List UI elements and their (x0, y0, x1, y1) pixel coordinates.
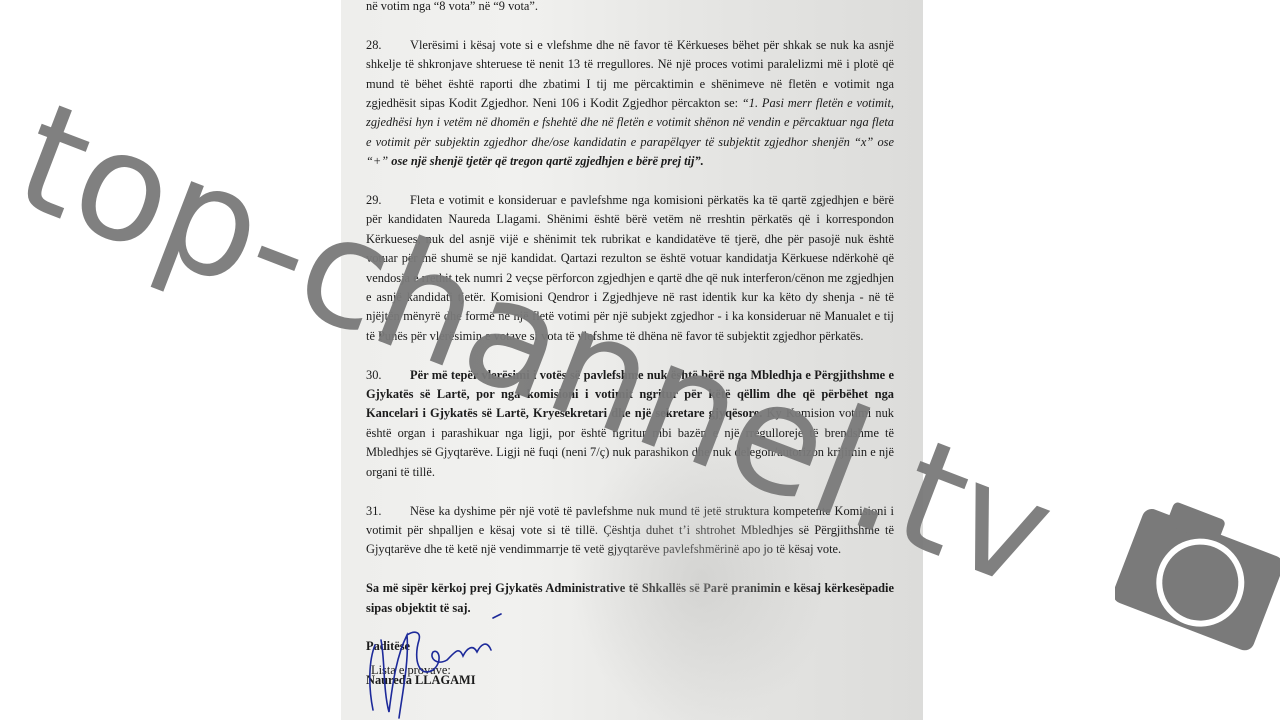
signature-icon (363, 600, 513, 720)
law-quote-emphasis: ose një shenjë tjetër që tregon qartë zg… (391, 154, 704, 168)
camera-icon (1115, 490, 1280, 660)
paragraph-29: 29.Fleta e votimit e konsideruar e pavle… (366, 191, 894, 346)
paragraph-number: 29. (366, 191, 410, 210)
paragraph-number: 30. (366, 366, 410, 385)
paragraph-30: 30.Për më tepër vlerësimi i votës së pav… (366, 366, 894, 482)
paragraph-number: 28. (366, 36, 410, 55)
document-body: në votim nga “8 vota” në “9 vota”. 28.Vl… (366, 0, 894, 704)
paragraph-number: 31. (366, 502, 410, 521)
paragraph-31: 31.Nëse ka dyshime për një votë të pavle… (366, 502, 894, 560)
continuation-line: në votim nga “8 vota” në “9 vota”. (366, 0, 894, 16)
paragraph-28: 28.Vlerësimi i kësaj vote si e vlefshme … (366, 36, 894, 172)
document-page: në votim nga “8 vota” në “9 vota”. 28.Vl… (341, 0, 923, 720)
